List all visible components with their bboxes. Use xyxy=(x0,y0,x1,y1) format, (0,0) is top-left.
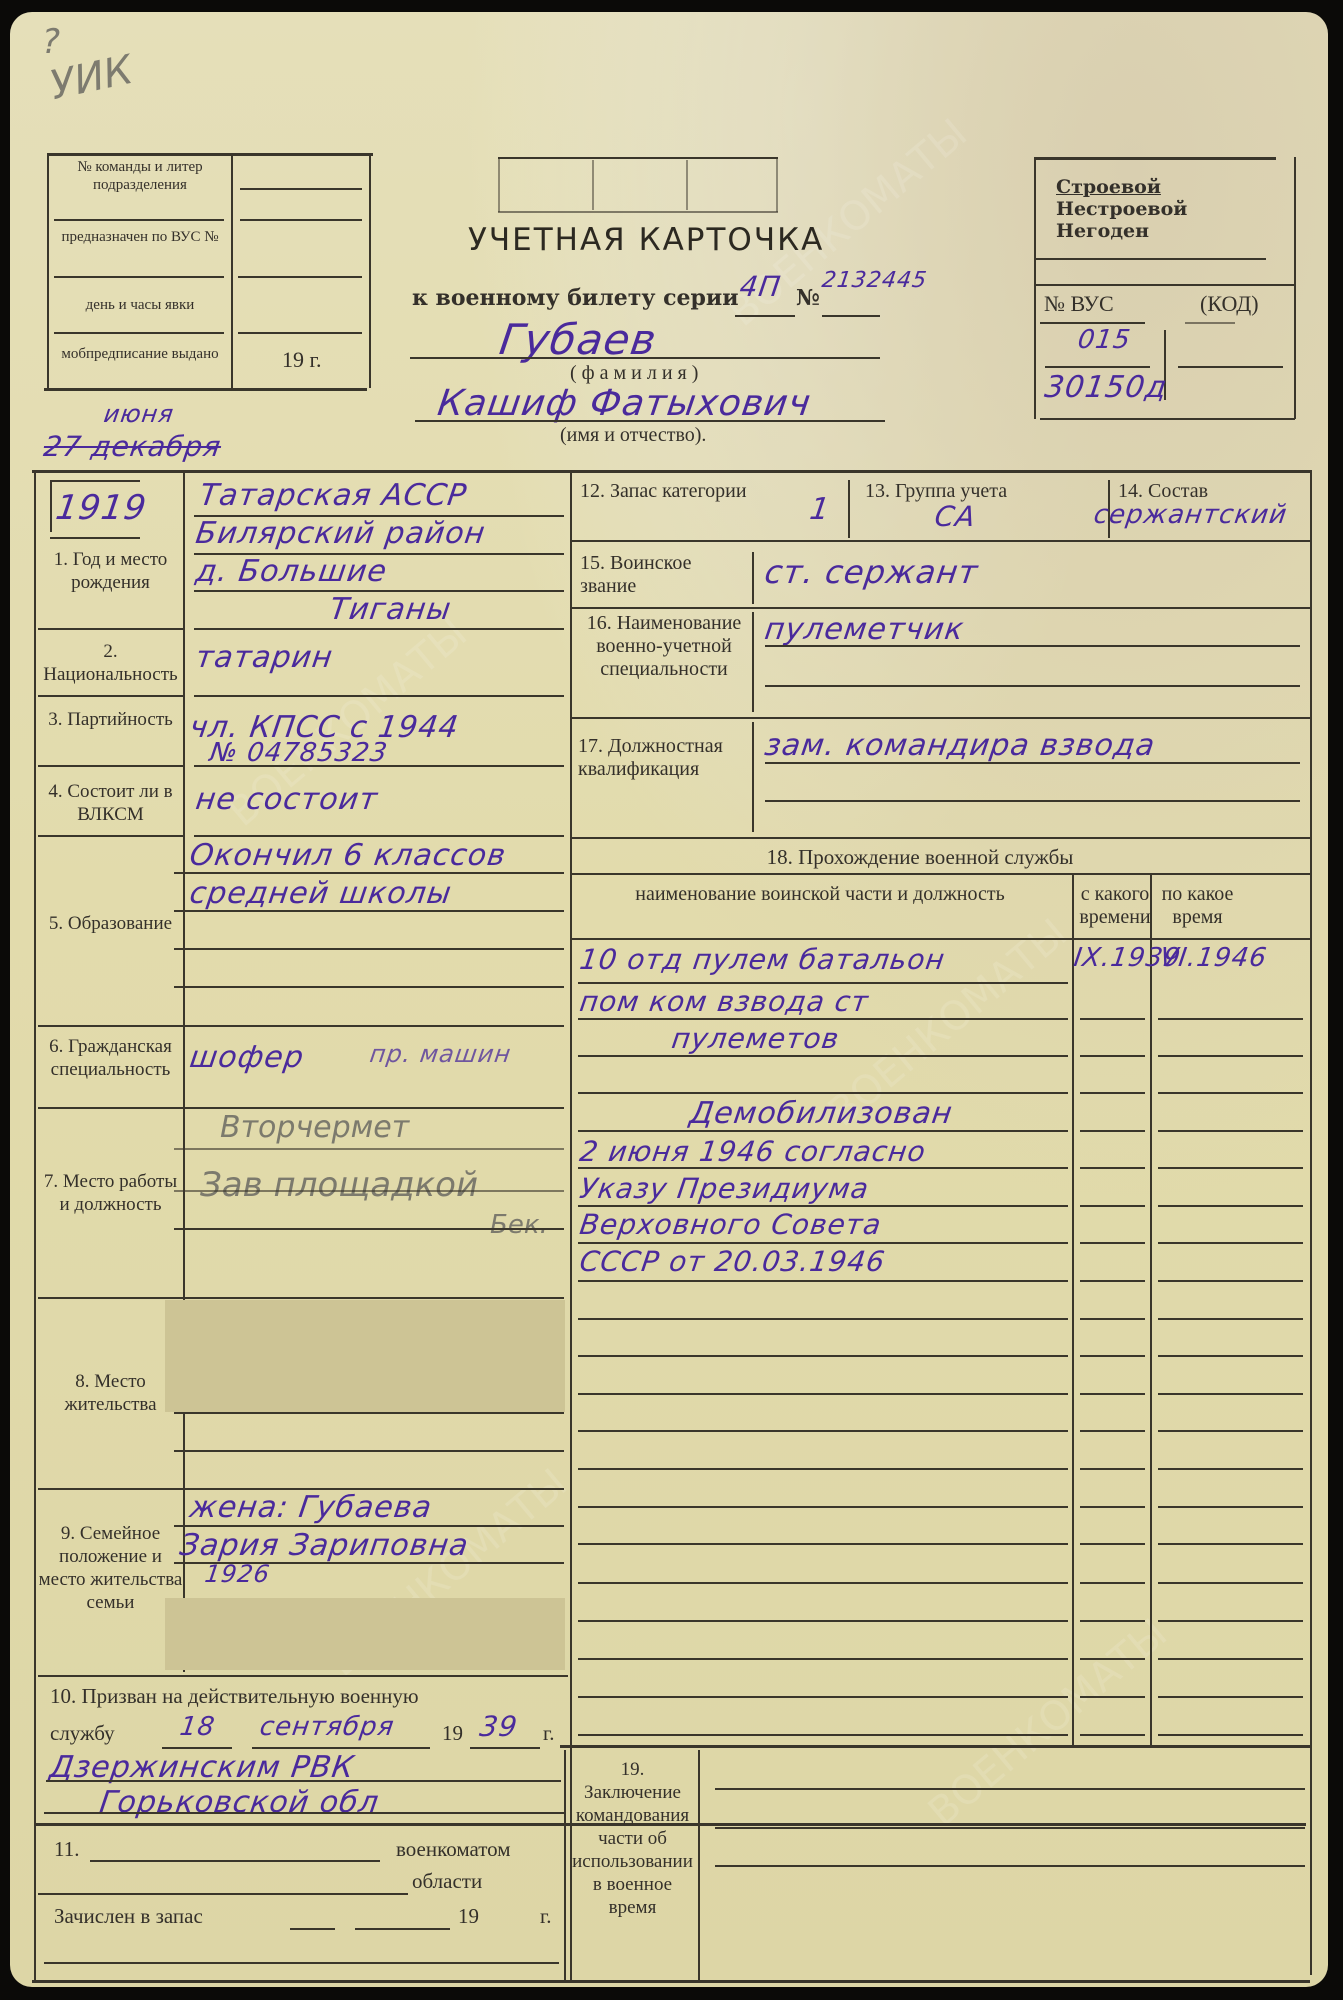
top-left-row-label: день и часы явки xyxy=(52,296,228,314)
conscription-month: сентября xyxy=(258,1712,396,1742)
family-line: 1926 xyxy=(203,1560,272,1588)
field-13-label: 13. Группа учета xyxy=(865,480,1007,503)
nationality-value: татарин xyxy=(194,640,336,675)
redacted-family-residence xyxy=(165,1598,565,1670)
margin-note-question: ? xyxy=(42,22,60,62)
reserve-label: Зачислен в запас xyxy=(54,1905,203,1928)
redacted-residence xyxy=(165,1300,565,1412)
field-7-label: 7. Место работы и должность xyxy=(38,1170,183,1216)
vus-value-2: 30150д xyxy=(1043,370,1170,405)
service-unit: Верховного Совета xyxy=(578,1208,884,1241)
education-line: средней школы xyxy=(188,876,455,911)
rank-value: ст. сержант xyxy=(762,553,981,591)
composition-value: сержантский xyxy=(1092,500,1289,530)
workplace-line: Бек. xyxy=(490,1210,548,1240)
service-unit: Указу Президиума xyxy=(578,1172,872,1205)
service-col-from: с какого времени xyxy=(1075,883,1155,929)
komsomol-value: не состоит xyxy=(194,782,381,817)
top-left-row-label: № команды и литер подразделения xyxy=(52,158,228,194)
birth-date-correction: июня xyxy=(102,400,176,428)
vus-value-1: 015 xyxy=(1076,325,1133,355)
birth-place-line: Билярский район xyxy=(194,516,488,551)
conscription-region: Горьковской обл xyxy=(98,1785,382,1820)
field-15-label: 15. Воинское звание xyxy=(580,552,750,598)
specialty-value: пулеметчик xyxy=(763,612,967,647)
field-1-label: 1. Год и место рождения xyxy=(38,548,183,594)
field-9-label: 9. Семейное положение и место жительства… xyxy=(38,1522,183,1614)
number-sign: № xyxy=(796,287,820,310)
id-number: 2132445 xyxy=(820,268,928,293)
page-title: УЧЕТНАЯ КАРТОЧКА xyxy=(468,222,824,258)
year-suffix: г. xyxy=(543,1722,555,1745)
fitness-option: Нестроевой xyxy=(1056,198,1187,221)
service-col-to: по какое время xyxy=(1160,883,1235,929)
top-left-row-label: предназначен по ВУС № xyxy=(52,228,228,246)
fitness-option-selected: Строевой xyxy=(1056,176,1161,199)
name-caption: (имя и отчество). xyxy=(560,424,706,447)
service-col-unit: наименование воинской части и должность xyxy=(580,883,1060,906)
group-value: СА xyxy=(933,500,978,533)
workplace-line: Зав площадкой xyxy=(200,1165,478,1205)
birth-place-line: Тиганы xyxy=(328,592,454,627)
oblast-label: области xyxy=(412,1870,482,1893)
field-5-label: 5. Образование xyxy=(38,912,183,935)
service-unit: 2 июня 1946 согласно xyxy=(578,1135,928,1168)
service-unit: Демобилизован xyxy=(688,1096,955,1131)
family-line: Зария Зариповна xyxy=(178,1528,471,1563)
birth-place-line: д. Большие xyxy=(194,554,390,589)
field-12-label: 12. Запас категории xyxy=(580,480,760,503)
field-10-label: 10. Призван на действительную военную xyxy=(50,1685,419,1708)
name-patronymic: Кашиф Фатыхович xyxy=(435,383,814,424)
service-to: VI.1946 xyxy=(1158,943,1269,973)
birth-year: 1919 xyxy=(53,488,149,528)
civil-specialty-value: шофер xyxy=(188,1040,307,1075)
reserve-year-suffix: г. xyxy=(540,1905,552,1928)
conscription-year: 39 xyxy=(478,1710,520,1743)
field-8-label: 8. Место жительства xyxy=(38,1370,183,1416)
service-unit: 10 отд пулем батальон xyxy=(578,943,948,976)
field-4-label: 4. Состоит ли в ВЛКСМ xyxy=(38,780,183,826)
year-prefix: 19 xyxy=(442,1722,463,1745)
party-line: № 04785323 xyxy=(208,738,390,768)
birth-place-line: Татарская АССР xyxy=(198,478,470,513)
code-label: (КОД) xyxy=(1200,292,1259,315)
service-unit: СССР от 20.03.1946 xyxy=(578,1245,888,1278)
service-title: 18. Прохождение военной службы xyxy=(570,846,1270,869)
vus-label: № ВУС xyxy=(1044,292,1114,315)
field-6-label: 6. Гражданская специальность xyxy=(38,1035,183,1081)
field-19-label: 19. Заключение командования части об исп… xyxy=(570,1758,695,1919)
voenkomat-label: военкоматом xyxy=(396,1838,511,1861)
surname-caption: (фамилия) xyxy=(570,362,703,385)
mobilization-year: 19 г. xyxy=(282,348,362,371)
service-unit: пулеметов xyxy=(670,1022,842,1055)
service-unit: пом ком взвода ст xyxy=(578,985,871,1018)
fitness-option: Негоден xyxy=(1056,220,1149,243)
qualification-value: зам. командира взвода xyxy=(763,728,1158,763)
field-16-label: 16. Наименование военно-учетной специаль… xyxy=(578,612,750,681)
field-10-label-service: службу xyxy=(50,1722,115,1745)
civil-specialty-extra: пр. машин xyxy=(368,1040,513,1068)
conscription-day: 18 xyxy=(178,1712,217,1742)
id-series: 4П xyxy=(738,270,784,303)
education-line: Окончил 6 классов xyxy=(188,838,509,873)
reserve-year-prefix: 19 xyxy=(458,1905,479,1928)
top-left-row-label: мобпредписание выдано xyxy=(52,345,228,363)
field-2-label: 2. Национальность xyxy=(38,640,183,686)
military-id-caption: к военному билету серии xyxy=(412,287,739,310)
workplace-line: Вторчермет xyxy=(220,1110,409,1145)
field-3-label: 3. Партийность xyxy=(38,708,183,731)
family-line: жена: Губаева xyxy=(188,1490,435,1525)
field-17-label: 17. Должностная квалификация xyxy=(578,735,750,781)
field-11-prefix: 11. xyxy=(54,1838,79,1861)
birth-date: 27 декабря xyxy=(42,430,224,463)
